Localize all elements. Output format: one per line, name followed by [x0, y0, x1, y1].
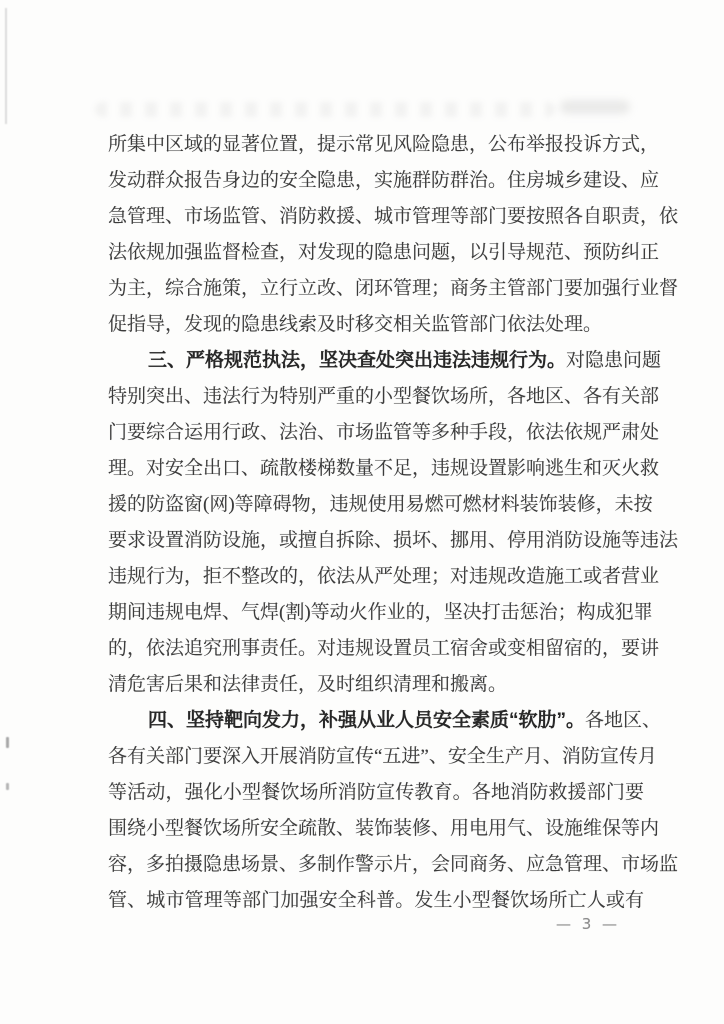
- section-heading-line: 四、坚持靶向发力，补强从业人员安全素质“软肋”。各地区、: [108, 703, 644, 739]
- body-line: 法依规加强监督检查，对发现的隐患问题，以引导规范、预防纠正: [108, 235, 644, 271]
- document-body-text: 所集中区域的显著位置，提示常见风险隐患，公布举报投诉方式， 发动群众报告身边的安…: [108, 127, 644, 919]
- body-line: 要求设置消防设施，或擅自拆除、损坏、挪用、停用消防设施等违法: [108, 523, 644, 559]
- binding-mark: [6, 783, 9, 790]
- body-line: 所集中区域的显著位置，提示常见风险隐患，公布举报投诉方式，: [108, 127, 644, 163]
- binding-mark: [6, 737, 9, 748]
- body-line: 容，多拍摄隐患场景、多制作警示片，会同商务、应急管理、市场监: [108, 847, 644, 883]
- body-line: 为主，综合施策，立行立改、闭环管理；商务主管部门要加强行业督: [108, 271, 644, 307]
- body-line: 急管理、市场监管、消防救援、城市管理等部门要按照各自职责，依: [108, 199, 644, 235]
- body-line: 等活动，强化小型餐饮场所消防宣传教育。各地消防救援部门要: [108, 775, 644, 811]
- section-heading-bold-text: 四、坚持靶向发力，补强从业人员安全素质“软肋”。: [148, 710, 585, 731]
- page-number: — 3 —: [540, 913, 636, 935]
- ink-showthrough-artifact: [560, 100, 630, 114]
- body-line: 清危害后果和法律责任，及时组织清理和搬离。: [108, 667, 644, 703]
- body-line: 发动群众报告身边的安全隐患，实施群防群治。住房城乡建设、应: [108, 163, 644, 199]
- section-body-text: 对隐患问题: [566, 350, 661, 371]
- ink-showthrough-artifact: [95, 102, 555, 117]
- scan-edge-artifact: [5, 8, 7, 124]
- section-heading-line: 三、严格规范执法，坚决查处突出违法违规行为。对隐患问题: [108, 343, 644, 379]
- body-line: 特别突出、违法行为特别严重的小型餐饮场所，各地区、各有关部: [108, 379, 644, 415]
- body-line: 围绕小型餐饮场所安全疏散、装饰装修、用电用气、设施维保等内: [108, 811, 644, 847]
- body-line: 的，依法追究刑事责任。对违规设置员工宿舍或变相留宿的，要讲: [108, 631, 644, 667]
- scanned-document-page: 所集中区域的显著位置，提示常见风险隐患，公布举报投诉方式， 发动群众报告身边的安…: [0, 0, 724, 1024]
- section-body-text: 各地区、: [585, 710, 661, 731]
- body-line: 违规行为，拒不整改的，依法从严处理；对违规改造施工或者营业: [108, 559, 644, 595]
- body-line: 各有关部门要深入开展消防宣传“五进”、安全生产月、消防宣传月: [108, 739, 644, 775]
- body-line: 门要综合运用行政、法治、市场监管等多种手段，依法依规严肃处: [108, 415, 644, 451]
- section-heading-bold-text: 三、严格规范执法，坚决查处突出违法违规行为。: [148, 350, 566, 371]
- body-line: 期间违规电焊、气焊(割)等动火作业的，坚决打击惩治；构成犯罪: [108, 595, 644, 631]
- body-line: 援的防盗窗(网)等障碍物，违规使用易燃可燃材料装饰装修，未按: [108, 487, 644, 523]
- body-line: 促指导，发现的隐患线索及时移交相关监管部门依法处理。: [108, 307, 644, 343]
- body-line: 理。对安全出口、疏散楼梯数量不足，违规设置影响逃生和灭火救: [108, 451, 644, 487]
